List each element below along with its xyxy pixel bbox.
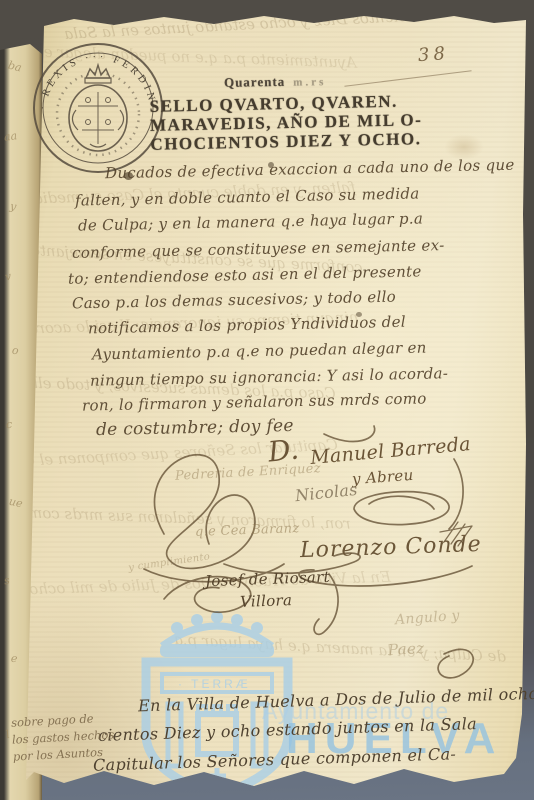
edge-text-fragment: s [3, 574, 11, 588]
watermark-shield: · TERRÆ [132, 592, 302, 800]
edge-text-fragment: e [10, 652, 18, 666]
edge-text-fragment: ue [8, 495, 24, 511]
showthrough-line: conforme que se constituyese en semejant… [4, 240, 363, 277]
showthrough-line: ningun tiempo su ignorancia: Y asi lo ac… [14, 308, 359, 338]
showthrough-line: Ayuntamiento p.a q.e no puedan alegar en [34, 42, 357, 71]
watermark-motto: · TERRÆ [178, 677, 251, 691]
showthrough-line: falten, y en doble cuanto el Caso su med… [24, 178, 356, 208]
edge-text-fragment: aa [3, 129, 18, 144]
watermark-text-huelva: HUELVA [286, 714, 502, 764]
edge-text-fragment: ba [7, 59, 23, 75]
edge-text-fragment: c [5, 418, 12, 432]
foxing-stain [444, 134, 484, 160]
edge-text-fragment: l [4, 728, 11, 741]
showthrough-line: Caso p.a los demas sucesivos; y todo ell… [24, 374, 336, 403]
showthrough-line: cientos Diez y ocho estando juntos en la… [64, 7, 407, 43]
ink-blot [268, 162, 274, 168]
edge-text-fragment: o [11, 344, 19, 358]
ink-blot [356, 312, 362, 317]
manuscript-scan: ba aa y v o c ue s e l cientos Diez y oc… [0, 0, 534, 800]
edge-text-fragment: v [4, 269, 13, 283]
showthrough-line: ron, lo firmaron y señalaron sus mrds co… [19, 503, 351, 533]
ink-blot [124, 172, 133, 180]
document-page: cientos Diez y ocho estando juntos en la… [24, 14, 526, 788]
edge-text-fragment: y [9, 200, 17, 214]
showthrough-line: Capitular los Señores que componen el Ca… [9, 435, 338, 470]
